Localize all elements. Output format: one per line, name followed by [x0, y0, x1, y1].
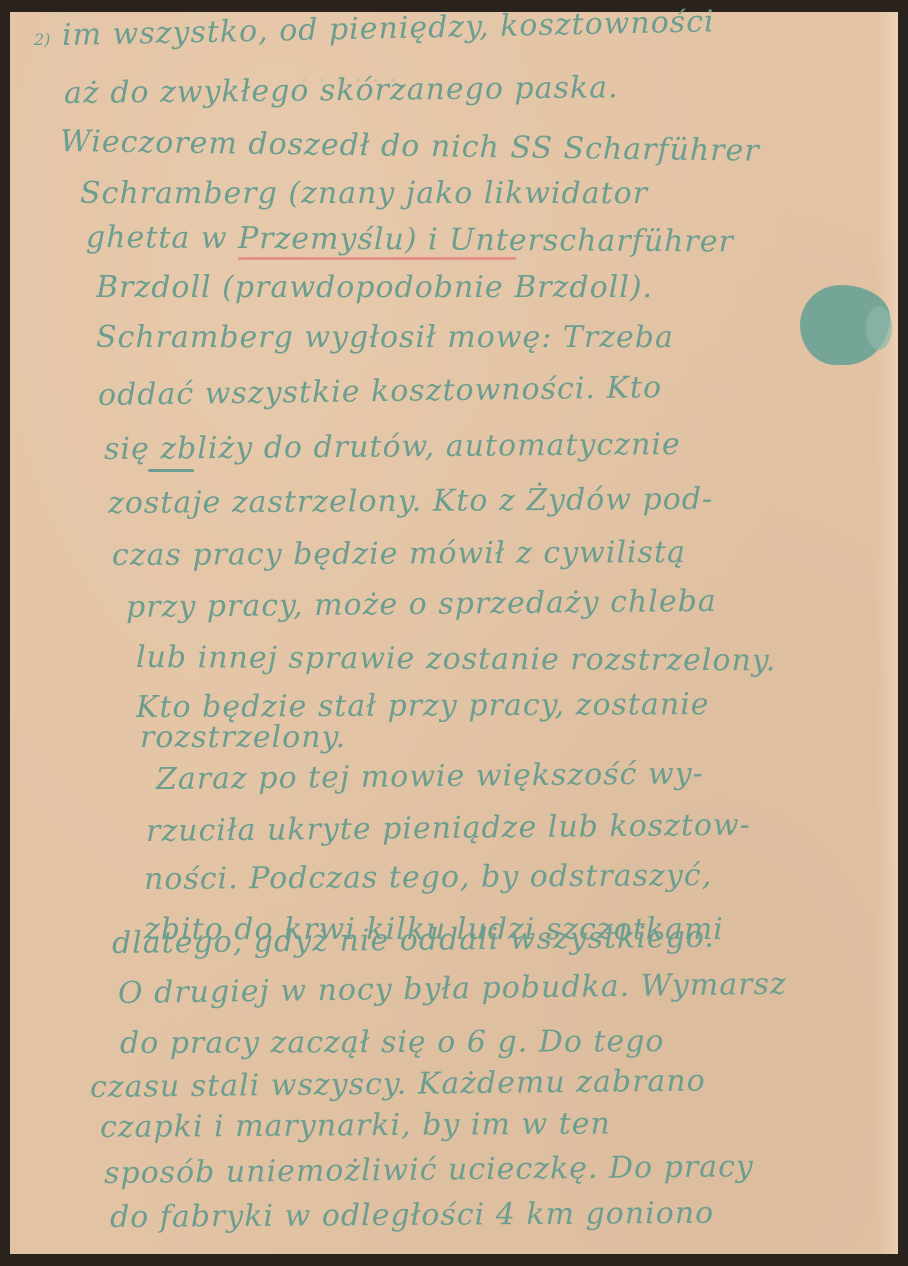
handwritten-line: Brzdoll (prawdopodobnie Brzdoll).: [96, 270, 653, 305]
handwritten-line: lub innej sprawie zostanie rozstrzelony.: [136, 640, 777, 678]
paper-edge: [876, 12, 898, 1254]
handwritten-line: ghetta w Przemyślu) i Unterscharführer: [86, 220, 734, 260]
underline-annotation: [148, 469, 194, 472]
handwritten-line: sposób uniemożliwić ucieczkę. Do pracy: [104, 1149, 754, 1191]
handwritten-line: ności. Podczas tego, by odstraszyć,: [144, 858, 712, 897]
page-marker: 2): [34, 30, 50, 49]
red-underline-annotation: [238, 257, 516, 260]
handwritten-line: czapki i marynarki, by im w ten: [100, 1106, 611, 1145]
ink-blot-highlight: [866, 306, 892, 350]
handwritten-line: czas pracy będzie mówił z cywilistą: [112, 535, 686, 573]
handwritten-line: Zaraz po tej mowie większość wy-: [156, 756, 704, 797]
handwritten-line: aż do zwykłego skórzanego paska.: [64, 70, 619, 111]
handwritten-line: do pracy zaczął się o 6 g. Do tego: [120, 1024, 665, 1061]
handwritten-line: Schramberg (znany jako likwidator: [80, 176, 648, 211]
handwritten-line: dlatego, gdyż nie oddali wszystkiego.: [112, 920, 715, 961]
handwritten-line: rozstrzelony.: [140, 720, 346, 755]
handwritten-line: do fabryki w odległości 4 km goniono: [110, 1196, 714, 1235]
document-frame: · · · · · · 2) im wszystko, od pieniędzy…: [0, 0, 908, 1266]
handwritten-line: zostaje zastrzelony. Kto z Żydów pod-: [108, 482, 713, 521]
handwritten-line: Schramberg wygłosił mowę: Trzeba: [96, 320, 674, 355]
handwritten-line: czasu stali wszyscy. Każdemu zabrano: [90, 1064, 706, 1105]
handwritten-line: rzuciła ukryte pieniądze lub kosztow-: [146, 808, 751, 849]
handwritten-line: się zbliży do drutów, automatycznie: [104, 427, 681, 467]
handwritten-line: przy pracy, może o sprzedaży chleba: [126, 584, 717, 625]
